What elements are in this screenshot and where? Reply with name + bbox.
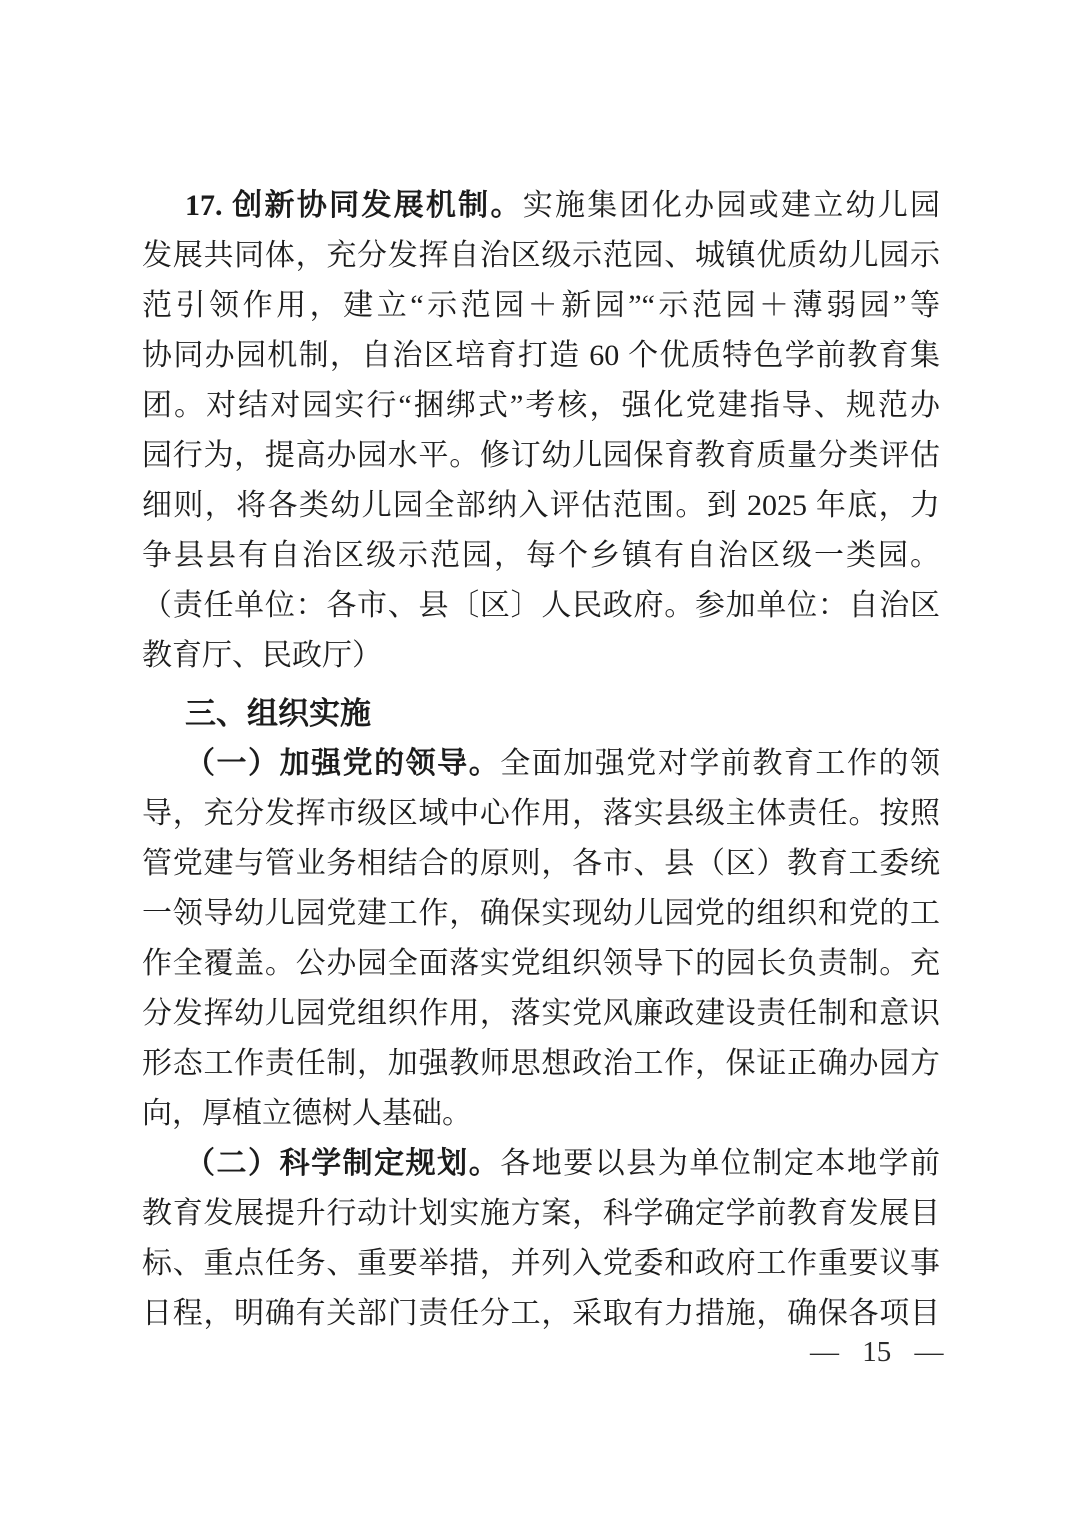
text-line: 一领导幼儿园党建工作，确保实现幼儿园党的组织和党的工 [142,889,940,939]
text-line: 分发挥幼儿园党组织作用，落实党风廉政建设责任制和意识 [142,989,940,1039]
line-text: 导，充分发挥市级区域中心作用，落实县级主体责任。按照 [142,797,940,830]
text-line: 范引领作用，建立“示范园＋新园”“示范园＋薄弱园”等 [142,281,940,331]
line-text: 范引领作用，建立“示范园＋新园”“示范园＋薄弱园”等 [142,289,940,322]
line-text: 分发挥幼儿园党组织作用，落实党风廉政建设责任制和意识 [142,997,940,1030]
line-text: 园行为，提高办园水平。修订幼儿园保育教育质量分类评估 [142,439,940,472]
text-line: 形态工作责任制，加强教师思想政治工作，保证正确办园方 [142,1039,940,1089]
text-line: （二）科学制定规划。各地要以县为单位制定本地学前 [142,1139,940,1189]
line-text: 管党建与管业务相结合的原则，各市、县（区）教育工委统 [142,847,940,880]
paragraph-lead: 17. 创新协同发展机制。 [185,189,523,222]
text-line: 作全覆盖。公办园全面落实党组织领导下的园长负责制。充 [142,939,940,989]
line-text: 作全覆盖。公办园全面落实党组织领导下的园长负责制。充 [142,947,940,980]
line-text: 一领导幼儿园党建工作，确保实现幼儿园党的组织和党的工 [142,897,940,930]
line-text: 各地要以县为单位制定本地学前 [500,1147,940,1180]
heading-text: 三、组织实施 [185,696,371,731]
text-line: 协同办园机制，自治区培育打造 60 个优质特色学前教育集 [142,331,940,381]
line-text: 向，厚植立德树人基础。 [142,1097,472,1130]
document-page: 17. 创新协同发展机制。实施集团化办园或建立幼儿园 发展共同体，充分发挥自治区… [0,0,1074,1520]
paragraph-lead: （一）加强党的领导。 [185,747,500,780]
text-line: 教育发展提升行动计划实施方案，科学确定学前教育发展目 [142,1189,940,1239]
text-line: 园行为，提高办园水平。修订幼儿园保育教育质量分类评估 [142,431,940,481]
line-text: 日程，明确有关部门责任分工，采取有力措施，确保各项目 [142,1297,940,1330]
line-text: 全面加强党对学前教育工作的领 [500,747,940,780]
text-line: 向，厚植立德树人基础。 [142,1089,940,1139]
text-line: 细则，将各类幼儿园全部纳入评估范围。到 2025 年底，力 [142,481,940,531]
line-text: 争县县有自治区级示范园，每个乡镇有自治区级一类园。 [142,539,940,572]
line-text: 实施集团化办园或建立幼儿园 [523,189,940,222]
line-text: 形态工作责任制，加强教师思想政治工作，保证正确办园方 [142,1047,940,1080]
page-number: — 15 — [810,1336,944,1369]
text-line: 17. 创新协同发展机制。实施集团化办园或建立幼儿园 [142,181,940,231]
line-text: （责任单位：各市、县〔区〕人民政府。参加单位：自治区 [142,589,940,622]
document-body: 17. 创新协同发展机制。实施集团化办园或建立幼儿园 发展共同体，充分发挥自治区… [142,181,940,1339]
text-line: 争县县有自治区级示范园，每个乡镇有自治区级一类园。 [142,531,940,581]
line-text: 发展共同体，充分发挥自治区级示范园、城镇优质幼儿园示 [142,239,940,272]
text-line: 团。对结对园实行“捆绑式”考核，强化党建指导、规范办 [142,381,940,431]
line-text: 团。对结对园实行“捆绑式”考核，强化党建指导、规范办 [142,389,940,422]
line-text: 标、重点任务、重要举措，并列入党委和政府工作重要议事 [142,1247,940,1280]
text-line: 管党建与管业务相结合的原则，各市、县（区）教育工委统 [142,839,940,889]
text-line: 标、重点任务、重要举措，并列入党委和政府工作重要议事 [142,1239,940,1289]
text-line: 导，充分发挥市级区域中心作用，落实县级主体责任。按照 [142,789,940,839]
line-text: 细则，将各类幼儿园全部纳入评估范围。到 2025 年底，力 [142,489,940,522]
line-text: 教育发展提升行动计划实施方案，科学确定学前教育发展目 [142,1197,940,1230]
text-line: （一）加强党的领导。全面加强党对学前教育工作的领 [142,739,940,789]
paragraph-lead: （二）科学制定规划。 [185,1147,500,1180]
section-heading: 三、组织实施 [142,689,940,739]
text-line: 发展共同体，充分发挥自治区级示范园、城镇优质幼儿园示 [142,231,940,281]
text-line: 日程，明确有关部门责任分工，采取有力措施，确保各项目 [142,1289,940,1339]
text-line: （责任单位：各市、县〔区〕人民政府。参加单位：自治区 [142,581,940,631]
line-text: 协同办园机制，自治区培育打造 60 个优质特色学前教育集 [142,339,940,372]
text-line: 教育厅、民政厅） [142,631,940,681]
line-text: 教育厅、民政厅） [142,639,382,672]
